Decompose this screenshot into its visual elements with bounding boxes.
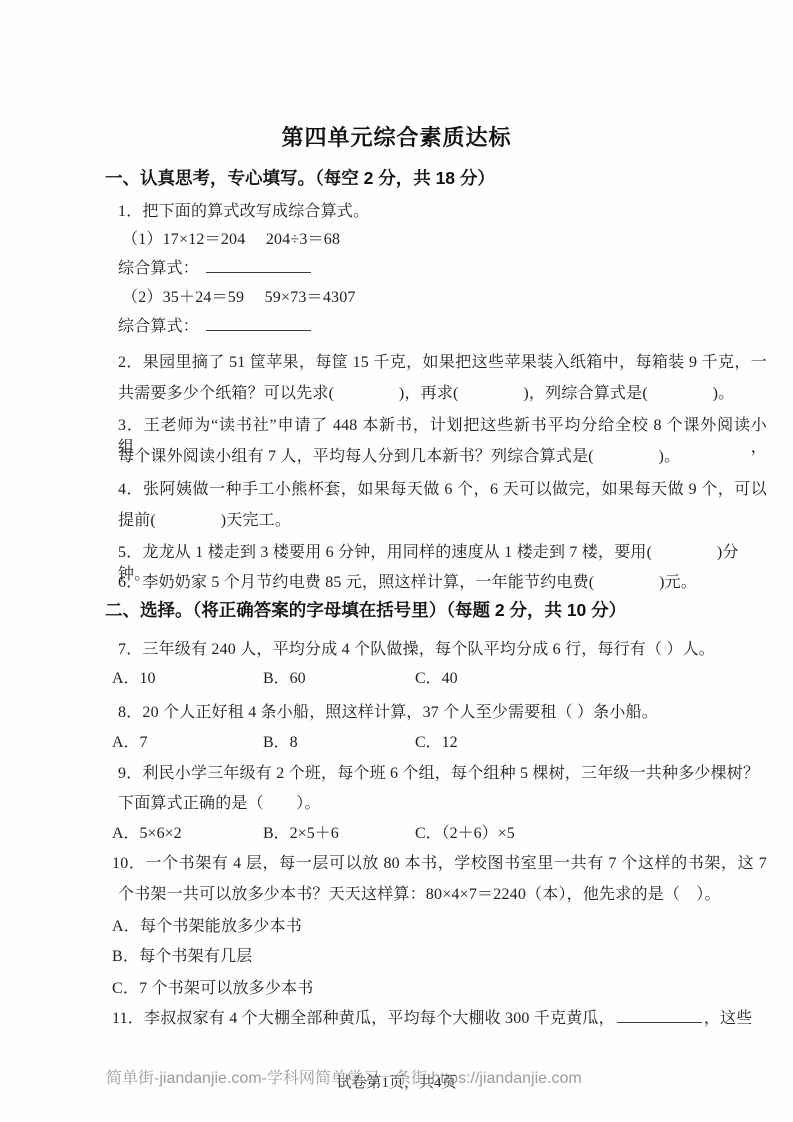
q11-text-before: 11．李叔叔家有 4 个大棚全部种黄瓜，平均每个大棚收 300 千克黄瓜， <box>112 1010 615 1027</box>
answer-label-2: 综合算式： <box>118 318 199 335</box>
q7-option-b: B．60 <box>263 668 306 690</box>
question-6: 6．李奶奶家 5 个月节约电费 85 元，照这样计算，一年能节约电费( )元。 <box>118 572 767 594</box>
page-number: 试卷第1页，共4页 <box>0 1073 793 1093</box>
q8-option-b: B．8 <box>263 732 298 754</box>
answer-label-1: 综合算式： <box>118 260 199 277</box>
question-1-stem: 1．把下面的算式改写成综合算式。 <box>118 201 767 223</box>
q8-option-c: C．12 <box>415 732 458 754</box>
question-9-line-1: 9．利民小学三年级有 2 个班，每个班 6 个组，每个组种 5 棵树，三年级一共… <box>118 763 767 785</box>
question-7: 7．三年级有 240 人，平均分成 4 个队做操，每个队平均分成 6 行，每行有… <box>118 639 767 661</box>
question-1-answer-line-2: 综合算式： <box>118 316 767 338</box>
question-8: 8．20 个人正好租 4 条小船，照这样计算，37 个人至少需要租（ ）条小船。 <box>118 702 767 724</box>
section-one-heading: 一、认真思考，专心填写。（每空 2 分，共 18 分） <box>105 166 775 190</box>
exam-title: 第四单元综合素质达标 <box>0 121 793 152</box>
q9-option-a: A．5×6×2 <box>112 823 182 845</box>
q9-option-c: C．（2＋6）×5 <box>415 823 515 845</box>
q10-option-b: B．每个书架有几层 <box>112 946 761 968</box>
q8-option-a: A．7 <box>112 732 148 754</box>
q7-option-c: C．40 <box>415 668 458 690</box>
question-1-answer-line-1: 综合算式： <box>118 258 767 280</box>
question-2-line-1: 2．果园里摘了 51 筐苹果，每筐 15 千克，如果把这些苹果装入纸箱中，每箱装… <box>118 352 767 374</box>
question-4-line-2: 提前( )天完工。 <box>118 510 767 532</box>
q7-option-a: A．10 <box>112 668 156 690</box>
q9-option-b: B．2×5＋6 <box>263 823 339 845</box>
question-2-line-2: 共需要多少个纸箱？可以先求( )，再求( )，列综合算式是( )。 <box>118 383 767 405</box>
question-1-part-1: （1）17×12＝204 204÷3＝68 <box>122 229 771 251</box>
answer-blank-underline-2 <box>206 317 311 331</box>
q11-answer-blank-underline <box>617 1009 702 1023</box>
test-paper-page: 第四单元综合素质达标 一、认真思考，专心填写。（每空 2 分，共 18 分） 1… <box>0 0 793 1122</box>
question-10-line-1: 10．一个书架有 4 层，每一层可以放 80 本书，学校图书室里一共有 7 个这… <box>112 853 767 875</box>
question-3-line-2: 每个课外阅读小组有 7 人，平均每人分到几本新书？列综合算式是( )。 <box>118 446 767 468</box>
question-4-line-1: 4．张阿姨做一种手工小熊杯套，如果每天做 6 个，6 天可以做完，如果每天做 9… <box>118 479 767 501</box>
answer-blank-underline-1 <box>206 259 311 273</box>
question-7-options: A．10 B．60 C．40 <box>112 668 772 690</box>
question-9-options: A．5×6×2 B．2×5＋6 C．（2＋6）×5 <box>112 823 772 845</box>
q10-option-c: C．7 个书架可以放多少本书 <box>112 978 761 1000</box>
q11-text-after: ，这些 <box>704 1010 753 1027</box>
section-two-heading: 二、选择。（将正确答案的字母填在括号里）（每题 2 分，共 10 分） <box>105 598 775 622</box>
q10-option-a: A．每个书架能放多少本书 <box>112 916 761 938</box>
question-11: 11．李叔叔家有 4 个大棚全部种黄瓜，平均每个大棚收 300 千克黄瓜，，这些 <box>112 1008 772 1030</box>
question-8-options: A．7 B．8 C．12 <box>112 732 772 754</box>
question-10-line-2: 个书架一共可以放多少本书？天天这样算：80×4×7＝2240（本），他先求的是（… <box>118 884 767 906</box>
question-9-line-2: 下面算式正确的是（ ）。 <box>118 793 767 815</box>
question-1-part-2: （2）35＋24＝59 59×73＝4307 <box>122 287 771 309</box>
